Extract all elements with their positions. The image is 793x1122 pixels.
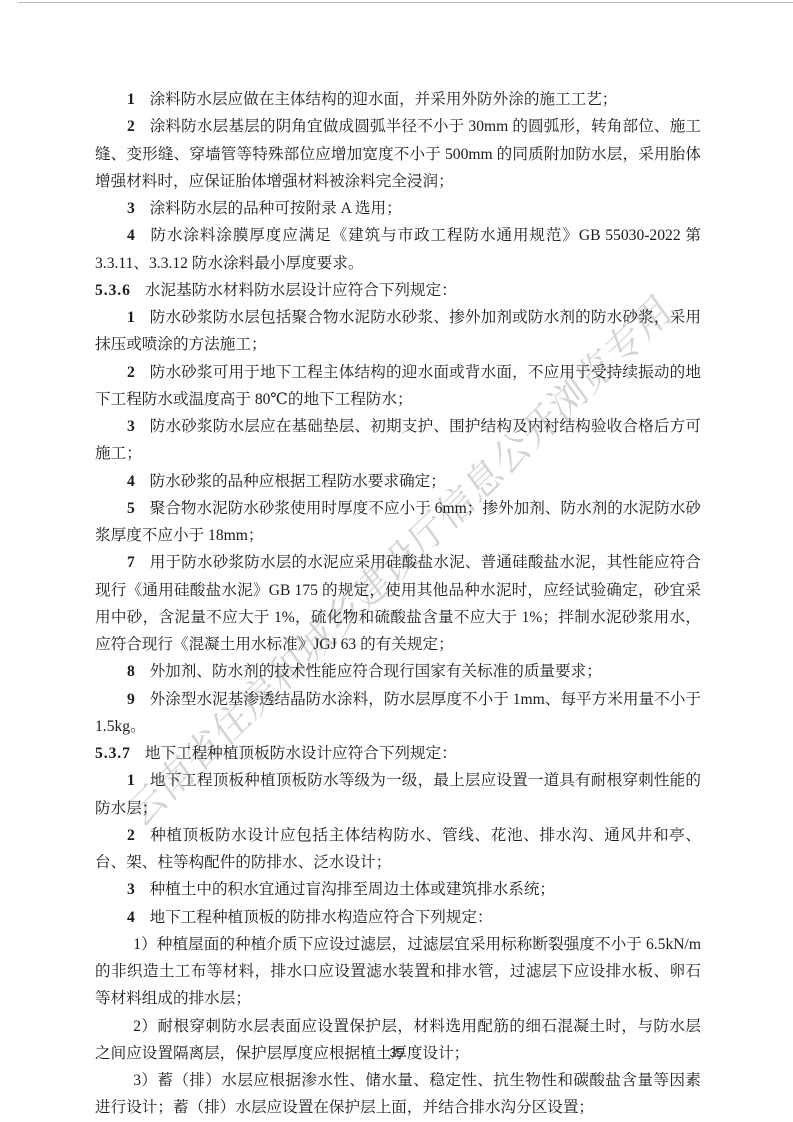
paragraph-label: 1 [127, 91, 135, 108]
paragraph-text: 外加剂、防水剂的技术性能应符合现行国家有关标准的质量要求； [150, 663, 602, 680]
paragraph-label: 5.3.7 [95, 745, 131, 762]
paragraph-label: 5.3.6 [95, 282, 131, 299]
paragraph-label: 9 [127, 691, 135, 708]
paragraph-label: 3） [133, 1072, 157, 1089]
paragraph-label: 1） [133, 936, 157, 953]
paragraph-item: 3种植土中的积水宜通过盲沟排至周边土体或建筑排水系统； [95, 876, 701, 903]
paragraph-item: 7用于防水砂浆防水层的水泥应采用硅酸盐水泥、普通硅酸盐水泥，其性能应符合现行《通… [95, 549, 701, 658]
paragraph-section: 5.3.6水泥基防水材料防水层设计应符合下列规定： [95, 277, 701, 304]
paragraph-subitem: 3）蓄（排）水层应根据渗水性、储水量、稳定性、抗生物性和碳酸盐含量等因素进行设计… [95, 1067, 701, 1122]
paragraph-text: 聚合物水泥防水砂浆使用时厚度不应小于 6mm；掺外加剂、防水剂的水泥防水砂浆厚度… [95, 500, 701, 544]
paragraph-text: 地下工程种植顶板防水设计应符合下列规定： [145, 745, 457, 762]
paragraph-item: 5聚合物水泥防水砂浆使用时厚度不应小于 6mm；掺外加剂、防水剂的水泥防水砂浆厚… [95, 495, 701, 550]
paragraph-item: 1防水砂浆防水层包括聚合物水泥防水砂浆、掺外加剂或防水剂的防水砂浆，采用抹压或喷… [95, 304, 701, 359]
paragraph-label: 5 [127, 500, 135, 517]
paragraph-item: 1涂料防水层应做在主体结构的迎水面，并采用外防外涂的施工工艺； [95, 86, 701, 113]
paragraph-text: 防水砂浆防水层应在基础垫层、初期支护、围护结构及内衬结构验收合格后方可施工； [95, 418, 701, 462]
paragraph-item: 2种植顶板防水设计应包括主体结构防水、管线、花池、排水沟、通风井和亭、台、架、柱… [95, 822, 701, 877]
paragraph-label: 7 [127, 554, 135, 571]
paragraph-text: 涂料防水层的品种可按附录 A 选用； [150, 200, 402, 217]
paragraph-label: 3 [127, 418, 135, 435]
paragraph-text: 涂料防水层基层的阴角宜做成圆弧半径不小于 30mm 的圆弧形，转角部位、施工缝、… [95, 118, 701, 190]
paragraph-text: 种植顶板防水设计应包括主体结构防水、管线、花池、排水沟、通风井和亭、台、架、柱等… [95, 827, 701, 871]
paragraph-label: 4 [127, 473, 135, 490]
paragraph-item: 8外加剂、防水剂的技术性能应符合现行国家有关标准的质量要求； [95, 658, 701, 685]
paragraph-item: 2涂料防水层基层的阴角宜做成圆弧半径不小于 30mm 的圆弧形，转角部位、施工缝… [95, 113, 701, 195]
paragraph-label: 2） [133, 1018, 157, 1035]
paragraph-label: 1 [127, 772, 135, 789]
paragraph-item: 4地下工程种植顶板的防排水构造应符合下列规定： [95, 904, 701, 931]
paragraph-item: 9外涂型水泥基渗透结晶防水涂料，防水层厚度不小于 1mm、每平方米用量不小于 1… [95, 686, 701, 741]
paragraph-text: 防水砂浆可用于地下工程主体结构的迎水面或背水面，不应用于受持续振动的地下工程防水… [95, 364, 701, 408]
paragraph-item: 3涂料防水层的品种可按附录 A 选用； [95, 195, 701, 222]
paragraph-text: 防水砂浆防水层包括聚合物水泥防水砂浆、掺外加剂或防水剂的防水砂浆，采用抹压或喷涂… [95, 309, 701, 353]
paragraph-text: 用于防水砂浆防水层的水泥应采用硅酸盐水泥、普通硅酸盐水泥，其性能应符合现行《通用… [95, 554, 701, 653]
paragraph-text: 水泥基防水材料防水层设计应符合下列规定： [145, 282, 457, 299]
paragraph-item: 3防水砂浆防水层应在基础垫层、初期支护、围护结构及内衬结构验收合格后方可施工； [95, 413, 701, 468]
paragraph-text: 种植土中的积水宜通过盲沟排至周边土体或建筑排水系统； [150, 881, 555, 898]
paragraph-text: 蓄（排）水层应根据渗水性、储水量、稳定性、抗生物性和碳酸盐含量等因素进行设计；蓄… [95, 1072, 701, 1116]
paragraph-item: 4防水砂浆的品种应根据工程防水要求确定； [95, 468, 701, 495]
paragraph-text: 涂料防水层应做在主体结构的迎水面，并采用外防外涂的施工工艺； [150, 91, 618, 108]
paragraph-text: 防水砂浆的品种应根据工程防水要求确定； [150, 473, 446, 490]
paragraph-label: 2 [127, 364, 135, 381]
paragraph-label: 2 [127, 118, 135, 135]
page-number: 35 [0, 1046, 793, 1060]
paragraph-label: 4 [127, 909, 135, 926]
paragraph-text: 种植屋面的种植介质下应设过滤层，过滤层宜采用标称断裂强度不小于 6.5kN/m … [95, 936, 701, 1008]
paragraph-item: 2防水砂浆可用于地下工程主体结构的迎水面或背水面，不应用于受持续振动的地下工程防… [95, 359, 701, 414]
paragraph-label: 1 [127, 309, 135, 326]
paragraph-text: 地下工程种植顶板的防排水构造应符合下列规定： [150, 909, 493, 926]
page-top-edge [18, 2, 793, 3]
paragraph-item: 1地下工程顶板种植顶板防水等级为一级，最上层应设置一道具有耐根穿刺性能的防水层； [95, 767, 701, 822]
paragraph-label: 8 [127, 663, 135, 680]
paragraph-text: 地下工程顶板种植顶板防水等级为一级，最上层应设置一道具有耐根穿刺性能的防水层； [95, 772, 701, 816]
document-body: 1涂料防水层应做在主体结构的迎水面，并采用外防外涂的施工工艺；2涂料防水层基层的… [95, 86, 701, 1122]
paragraph-label: 3 [127, 881, 135, 898]
paragraph-item: 4防水涂料涂膜厚度应满足《建筑与市政工程防水通用规范》GB 55030-2022… [95, 222, 701, 277]
paragraph-section: 5.3.7地下工程种植顶板防水设计应符合下列规定： [95, 740, 701, 767]
paragraph-text: 防水涂料涂膜厚度应满足《建筑与市政工程防水通用规范》GB 55030-2022 … [95, 227, 701, 271]
paragraph-label: 2 [127, 827, 135, 844]
paragraph-label: 4 [127, 227, 135, 244]
paragraph-label: 3 [127, 200, 135, 217]
paragraph-subitem: 1）种植屋面的种植介质下应设过滤层，过滤层宜采用标称断裂强度不小于 6.5kN/… [95, 931, 701, 1013]
paragraph-text: 外涂型水泥基渗透结晶防水涂料，防水层厚度不小于 1mm、每平方米用量不小于 1.… [95, 691, 701, 735]
